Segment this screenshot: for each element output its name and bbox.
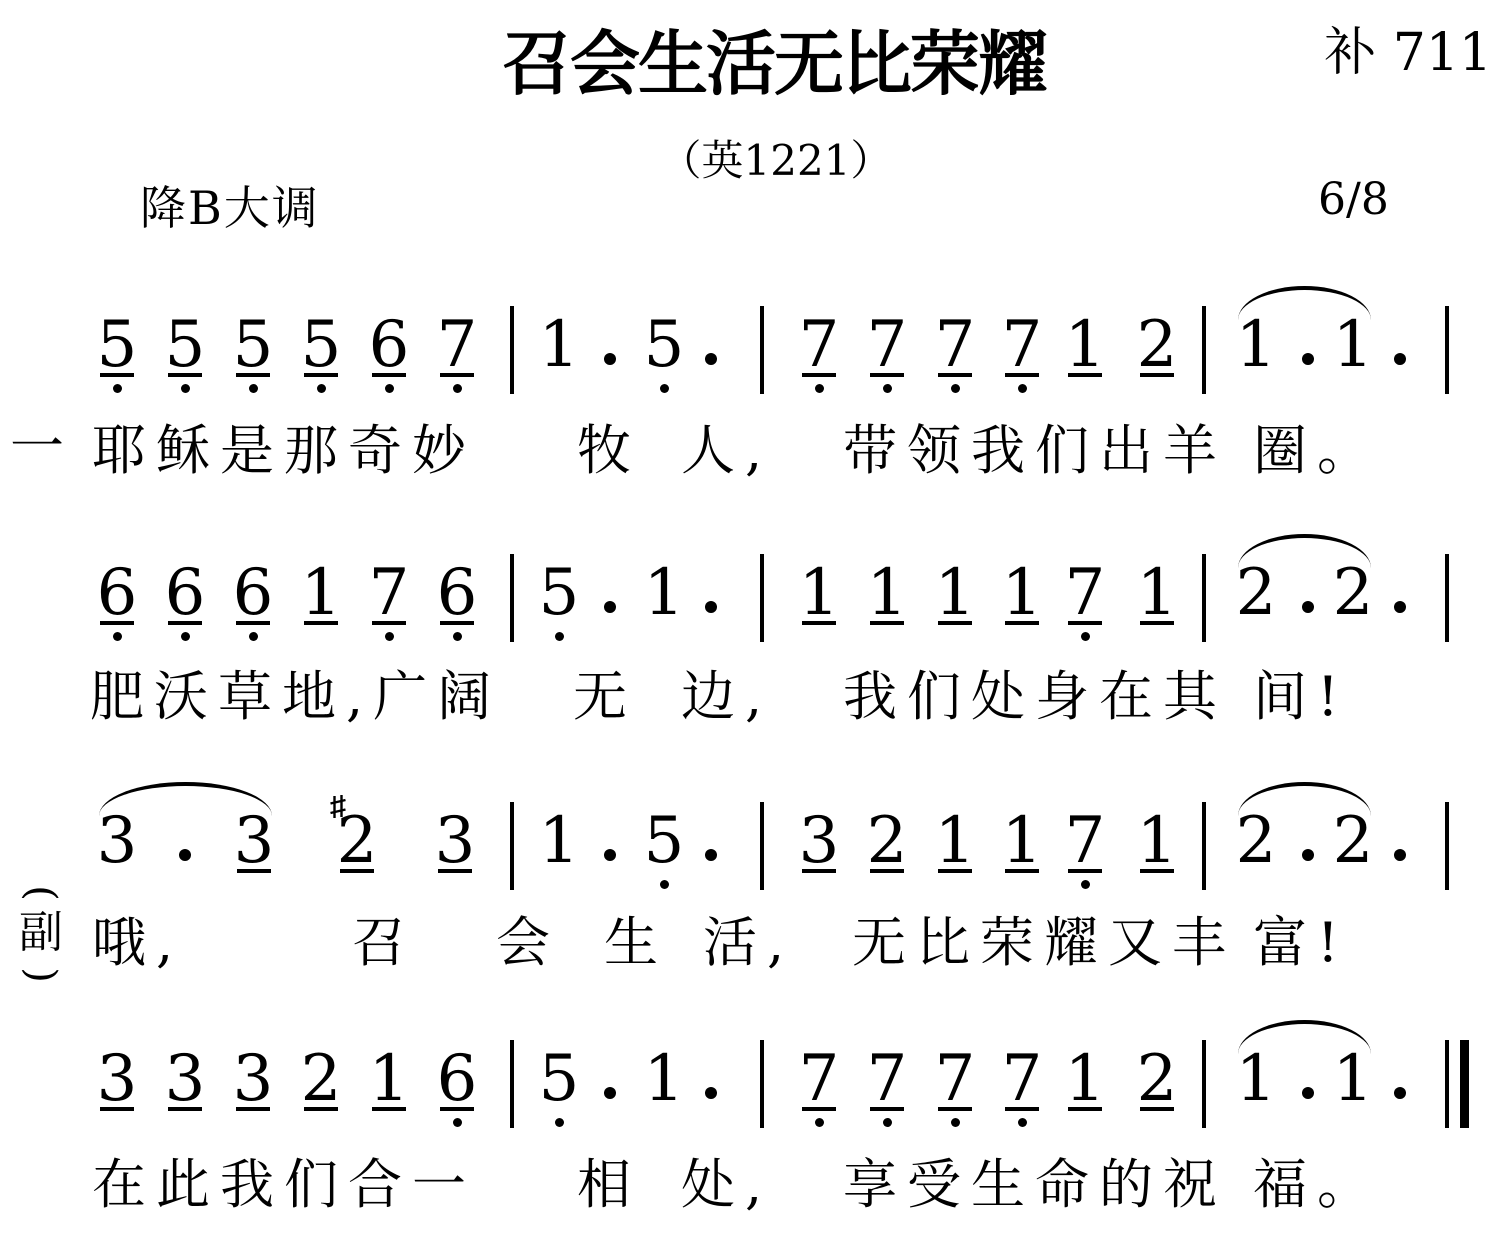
duration-dot [1284, 1084, 1332, 1103]
lyric-segment: 会 [496, 916, 560, 970]
low-octave-dot [453, 632, 462, 641]
note-digit: 6 [229, 561, 277, 625]
final-barline-thick [1460, 1040, 1469, 1128]
barline [760, 554, 764, 642]
note-digit: 7 [795, 1047, 843, 1111]
note-digit: 3 [161, 1047, 209, 1111]
eighth-underline [870, 1107, 904, 1111]
low-octave-dot [660, 880, 669, 889]
low-octave-dot [1081, 880, 1090, 889]
duration-dot [1284, 846, 1332, 865]
note-digit: 5 [640, 809, 688, 873]
note-digit: 1 [640, 561, 688, 625]
barline [760, 306, 764, 394]
low-octave-dot [453, 1118, 462, 1127]
note: 7 [998, 1047, 1046, 1111]
chorus-paren-close-icon: ) [30, 950, 52, 1000]
low-octave-dot [113, 384, 122, 393]
note: 6 [229, 561, 277, 625]
note: 6 [93, 561, 141, 625]
note-digit: 3 [795, 809, 843, 873]
eighth-underline [870, 869, 904, 873]
eighth-underline [168, 1107, 202, 1111]
note: 1 [535, 313, 583, 377]
lyric-segment: 福。 [1253, 1158, 1381, 1212]
note: 7 [931, 313, 979, 377]
low-octave-dot [453, 384, 462, 393]
eighth-underline [870, 621, 904, 625]
eighth-underline [340, 869, 374, 873]
duration-dot [586, 846, 634, 865]
duration-dot [1376, 846, 1424, 865]
eighth-underline [168, 373, 202, 377]
note-digit: 1 [931, 561, 979, 625]
slur-tie-arc [1238, 286, 1371, 320]
lyric-segment: 处, [681, 1158, 772, 1212]
eighth-underline [938, 373, 972, 377]
low-octave-dot [660, 384, 669, 393]
eighth-underline [304, 621, 338, 625]
note-digit: 1 [931, 809, 979, 873]
note: 1 [931, 561, 979, 625]
lyric-segment: 活, [703, 916, 794, 970]
note: 5 [535, 561, 583, 625]
lyric-segment: 我们处身在其 [843, 670, 1227, 724]
duration-dot [1284, 350, 1332, 369]
hymn-title: 召会生活无比荣耀 [48, 8, 1500, 109]
note: 7 [1061, 561, 1109, 625]
barline [1202, 1040, 1206, 1128]
note-digit: 7 [931, 313, 979, 377]
hymn-sheet: 召会生活无比荣耀 补 711 （英1221） 降B大调 6/8 一 ( 副 ) … [0, 0, 1500, 1252]
eighth-underline [372, 1107, 406, 1111]
note: 7 [1061, 809, 1109, 873]
note-digit: 3 [431, 809, 479, 873]
slur-tie-arc [1238, 1020, 1371, 1054]
note-digit: 7 [863, 313, 911, 377]
duration-dot [1376, 350, 1424, 369]
eighth-underline [1005, 621, 1039, 625]
lyric-segment: 在此我们合一 [92, 1158, 476, 1212]
note-digit: 5 [229, 313, 277, 377]
note-digit: 6 [93, 561, 141, 625]
lyric-segment: 耶稣是那奇妙 [92, 424, 476, 478]
low-octave-dot [555, 632, 564, 641]
note: 7 [795, 1047, 843, 1111]
eighth-underline [304, 373, 338, 377]
lyric-segment: 享受生命的祝 [843, 1158, 1227, 1212]
low-octave-dot [555, 1118, 564, 1127]
note-digit: 5 [535, 561, 583, 625]
note: 1 [931, 809, 979, 873]
eighth-underline [1140, 621, 1174, 625]
note: 1 [1061, 313, 1109, 377]
low-octave-dot [815, 384, 824, 393]
duration-dot [687, 846, 735, 865]
eighth-underline [236, 1107, 270, 1111]
lyric-segment: 边, [681, 670, 772, 724]
note: 3 [93, 1047, 141, 1111]
barline [1202, 554, 1206, 642]
eighth-underline [100, 1107, 134, 1111]
note: 6 [161, 561, 209, 625]
note-digit: 2 [297, 1047, 345, 1111]
duration-dot [1284, 598, 1332, 617]
eighth-underline [100, 373, 134, 377]
time-signature: 6/8 [1318, 174, 1389, 225]
note: 6 [433, 561, 481, 625]
note: 5 [297, 313, 345, 377]
note: 1 [640, 561, 688, 625]
note: 1 [1232, 1047, 1280, 1111]
note-digit: 1 [795, 561, 843, 625]
note: 5 [93, 313, 141, 377]
eighth-underline [1140, 373, 1174, 377]
note: 2 [1329, 809, 1377, 873]
eighth-underline [304, 1107, 338, 1111]
eighth-underline [440, 621, 474, 625]
note-digit: 1 [998, 809, 1046, 873]
lyric-segment: 无比荣耀又丰 [852, 916, 1236, 970]
note-digit: 1 [1329, 1047, 1377, 1111]
note-digit: 3 [229, 1047, 277, 1111]
note-digit: 1 [1329, 313, 1377, 377]
note: 1 [640, 1047, 688, 1111]
note-digit: 1 [1061, 313, 1109, 377]
duration-dot [586, 598, 634, 617]
eighth-underline [1005, 869, 1039, 873]
duration-dot [161, 846, 209, 865]
duration-dot [687, 1084, 735, 1103]
eighth-underline [438, 869, 472, 873]
note: 2 [1133, 1047, 1181, 1111]
note: 5 [640, 313, 688, 377]
note-digit: 2 [1133, 313, 1181, 377]
note: 7 [365, 561, 413, 625]
note: 1 [998, 561, 1046, 625]
note-digit: 1 [1232, 313, 1280, 377]
slur-tie-arc [1238, 534, 1371, 568]
note: 3 [161, 1047, 209, 1111]
note-digit: 5 [161, 313, 209, 377]
eighth-underline [1140, 869, 1174, 873]
lyric-segment: 生 [604, 916, 668, 970]
barline [1445, 306, 1449, 394]
note: 1 [535, 809, 583, 873]
lyric-segment: 带领我们出羊 [843, 424, 1227, 478]
note: 2 [1232, 561, 1280, 625]
lyric-segment: 召 [352, 916, 416, 970]
eighth-underline [372, 621, 406, 625]
barline [760, 802, 764, 890]
duration-dot [1376, 598, 1424, 617]
note-digit: 7 [998, 313, 1046, 377]
lyric-segment: 相 [577, 1158, 641, 1212]
note: 7 [863, 313, 911, 377]
eighth-underline [236, 621, 270, 625]
eighth-underline [237, 869, 271, 873]
barline [760, 1040, 764, 1128]
eighth-underline [1068, 1107, 1102, 1111]
eighth-underline [1068, 621, 1102, 625]
eighth-underline [100, 621, 134, 625]
note-digit: 5 [640, 313, 688, 377]
note: 3 [230, 809, 278, 873]
note-digit: 2 [1133, 1047, 1181, 1111]
note: 3 [795, 809, 843, 873]
note: 2 [333, 809, 381, 873]
note-digit: 1 [998, 561, 1046, 625]
eighth-underline [440, 373, 474, 377]
barline [1202, 306, 1206, 394]
note: 1 [1232, 313, 1280, 377]
key-signature: 降B大调 [140, 172, 320, 238]
sharp-icon [329, 793, 347, 821]
note-digit: 6 [161, 561, 209, 625]
note-digit: 1 [1232, 1047, 1280, 1111]
barline [510, 306, 514, 394]
note: 3 [229, 1047, 277, 1111]
duration-dot [687, 598, 735, 617]
note-digit: 6 [433, 1047, 481, 1111]
low-octave-dot [249, 632, 258, 641]
eighth-underline [802, 869, 836, 873]
low-octave-dot [113, 632, 122, 641]
chorus-paren-open-icon: ( [30, 868, 52, 918]
note: 2 [1133, 313, 1181, 377]
eighth-underline [802, 373, 836, 377]
eighth-underline [870, 373, 904, 377]
low-octave-dot [249, 384, 258, 393]
eighth-underline [236, 373, 270, 377]
barline [510, 1040, 514, 1128]
note: 3 [431, 809, 479, 873]
note: 7 [931, 1047, 979, 1111]
note-digit: 3 [93, 809, 141, 873]
barline [510, 802, 514, 890]
lyric-segment: 哦, [92, 916, 183, 970]
eighth-underline [440, 1107, 474, 1111]
note-digit: 2 [863, 809, 911, 873]
note-digit: 7 [1061, 809, 1109, 873]
note: 2 [297, 1047, 345, 1111]
note-digit: 1 [863, 561, 911, 625]
lyric-segment: 无 [573, 670, 637, 724]
eighth-underline [168, 621, 202, 625]
note: 7 [433, 313, 481, 377]
note-digit: 7 [998, 1047, 1046, 1111]
note: 1 [365, 1047, 413, 1111]
note-digit: 2 [1232, 809, 1280, 873]
hymn-number: 补 711 [1324, 10, 1492, 85]
eighth-underline [938, 621, 972, 625]
eighth-underline [802, 621, 836, 625]
note-digit: 1 [1133, 809, 1181, 873]
barline [510, 554, 514, 642]
barline [1445, 802, 1449, 890]
note-digit: 7 [433, 313, 481, 377]
duration-dot [586, 350, 634, 369]
note-digit: 1 [1133, 561, 1181, 625]
note-digit: 3 [230, 809, 278, 873]
verse-number-marker: 一 [10, 420, 64, 474]
note-digit: 1 [640, 1047, 688, 1111]
note-digit: 2 [1232, 561, 1280, 625]
eighth-underline [372, 373, 406, 377]
low-octave-dot [1018, 1118, 1027, 1127]
low-octave-dot [181, 384, 190, 393]
slur-tie-arc [1238, 782, 1371, 816]
note-digit: 6 [365, 313, 413, 377]
lyric-segment: 牧 [577, 424, 641, 478]
note-digit: 7 [863, 1047, 911, 1111]
note: 5 [229, 313, 277, 377]
note: 1 [1133, 561, 1181, 625]
low-octave-dot [815, 1118, 824, 1127]
note-digit: 6 [433, 561, 481, 625]
low-octave-dot [883, 1118, 892, 1127]
low-octave-dot [181, 632, 190, 641]
eighth-underline [1005, 1107, 1039, 1111]
lyric-segment: 间! [1253, 670, 1349, 724]
low-octave-dot [385, 632, 394, 641]
note: 3 [93, 809, 141, 873]
lyric-segment: 人, [681, 424, 772, 478]
note: 1 [795, 561, 843, 625]
low-octave-dot [951, 1118, 960, 1127]
lyric-segment: 肥沃草地,广阔 [90, 670, 501, 724]
low-octave-dot [1081, 632, 1090, 641]
duration-dot [586, 1084, 634, 1103]
note: 2 [863, 809, 911, 873]
lyric-segment: 圈。 [1253, 424, 1381, 478]
note-digit: 2 [1329, 561, 1377, 625]
low-octave-dot [1018, 384, 1027, 393]
note-digit: 1 [297, 561, 345, 625]
note: 5 [535, 1047, 583, 1111]
note-digit: 1 [535, 313, 583, 377]
note: 7 [998, 313, 1046, 377]
note-digit: 1 [1061, 1047, 1109, 1111]
note-digit: 7 [1061, 561, 1109, 625]
note: 7 [795, 313, 843, 377]
note: 1 [863, 561, 911, 625]
note-digit: 5 [93, 313, 141, 377]
note-digit: 1 [535, 809, 583, 873]
duration-dot [687, 350, 735, 369]
note-digit: 5 [297, 313, 345, 377]
chorus-marker: ( 副 ) [16, 882, 66, 986]
note: 1 [297, 561, 345, 625]
note: 2 [1232, 809, 1280, 873]
eighth-underline [1068, 373, 1102, 377]
final-barline [1445, 1040, 1449, 1128]
eighth-underline [1068, 869, 1102, 873]
eighth-underline [1005, 373, 1039, 377]
note-digit: 2 [1329, 809, 1377, 873]
slur-tie-arc [99, 782, 272, 816]
note-digit: 3 [93, 1047, 141, 1111]
low-octave-dot [883, 384, 892, 393]
eighth-underline [938, 1107, 972, 1111]
note: 1 [1329, 313, 1377, 377]
note: 2 [1329, 561, 1377, 625]
lyric-segment: 富! [1253, 916, 1349, 970]
note-digit: 7 [365, 561, 413, 625]
eighth-underline [938, 869, 972, 873]
eighth-underline [802, 1107, 836, 1111]
note: 6 [365, 313, 413, 377]
note: 5 [640, 809, 688, 873]
note-digit: 5 [535, 1047, 583, 1111]
note: 1 [1133, 809, 1181, 873]
low-octave-dot [317, 384, 326, 393]
note: 1 [1061, 1047, 1109, 1111]
barline [1202, 802, 1206, 890]
note: 1 [998, 809, 1046, 873]
note: 1 [1329, 1047, 1377, 1111]
barline [1445, 554, 1449, 642]
note-digit: 7 [931, 1047, 979, 1111]
low-octave-dot [385, 384, 394, 393]
duration-dot [1376, 1084, 1424, 1103]
note: 5 [161, 313, 209, 377]
note-digit: 1 [365, 1047, 413, 1111]
eighth-underline [1140, 1107, 1174, 1111]
note-digit: 7 [795, 313, 843, 377]
note: 7 [863, 1047, 911, 1111]
low-octave-dot [951, 384, 960, 393]
note: 6 [433, 1047, 481, 1111]
